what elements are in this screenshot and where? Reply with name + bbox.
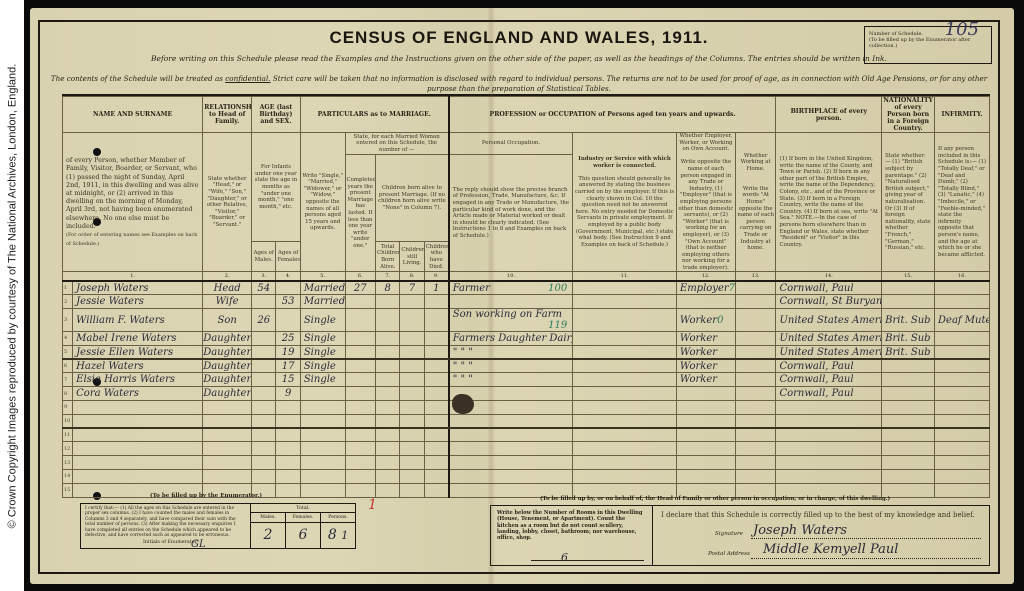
occupation-cell: " " " (449, 373, 573, 387)
working-at-home-cell (735, 428, 776, 442)
marital-status-cell (300, 442, 345, 456)
age-male-cell: 54 (252, 281, 276, 295)
occupation: " " " (453, 361, 473, 372)
birthplace-cell: United States America (776, 309, 882, 332)
marital-description: Write "Single," "Married," "Widower," or… (300, 133, 345, 272)
children-living-cell (400, 373, 424, 387)
nationality-cell (882, 456, 935, 470)
infirmity-cell (935, 387, 990, 401)
age-female-cell (276, 281, 300, 295)
employer-code: 0 (717, 315, 723, 326)
table-row: 1Joseph WatersHead54Married27871Farmer10… (63, 281, 990, 295)
age-female-cell (276, 442, 300, 456)
home-text: Write the words "At Home" opposite the n… (737, 186, 774, 251)
employer-status-cell (676, 295, 735, 309)
age-female: 9 (285, 388, 291, 399)
working-at-home-cell (735, 442, 776, 456)
industry-text: This question should generally be answer… (575, 176, 674, 248)
col-header-relationship: RELATIONSHIP to Head of Family. (203, 97, 252, 133)
children-died-cell (424, 295, 448, 309)
instructions-line: Before writing on this Schedule please r… (40, 54, 998, 63)
description-row: of every Person, whether Member of Famil… (63, 133, 990, 155)
col-header-infirmity: INFIRMITY. (935, 97, 990, 133)
employer-text: Write opposite the name of each person e… (678, 159, 733, 271)
relationship-cell (203, 414, 252, 428)
row-number-cell: 4 (63, 332, 73, 346)
relationship-cell (203, 470, 252, 484)
relationship-cell (203, 401, 252, 415)
infirmity-cell (935, 332, 990, 346)
row-number-cell: 1 (63, 281, 73, 295)
red-tally-mark: 1 (368, 497, 377, 513)
employer-status-cell (676, 401, 735, 415)
census-table: NAME AND SURNAME RELATIONSHIP to Head of… (62, 94, 990, 498)
married-woman-description: State, for each Married Woman entered on… (345, 133, 449, 155)
table-row: 6Hazel WatersDaughter17Single" " "Worker… (63, 359, 990, 373)
person-name: William F. Waters (76, 315, 164, 326)
infirmity-cell (935, 281, 990, 295)
row-number: 15 (64, 487, 70, 493)
occupation: " " " (453, 347, 473, 358)
row-number-cell: 5 (63, 345, 73, 359)
working-at-home-cell (735, 470, 776, 484)
years-married-cell (345, 345, 375, 359)
person-name-cell: Cora Waters (73, 387, 203, 401)
address-value: Middle Kemyell Paul (763, 542, 898, 557)
age-female-cell: 17 (276, 359, 300, 373)
marital-status-cell: Single (300, 373, 345, 387)
row-number-cell: 3 (63, 309, 73, 332)
row-number: 13 (64, 460, 70, 466)
confidential-word: confidential. (225, 74, 270, 83)
infirmity-cell (935, 401, 990, 415)
infirmity-cell (935, 373, 990, 387)
years-married-cell (345, 373, 375, 387)
marital-status-cell: Single (300, 309, 345, 332)
row-number-cell: 6 (63, 359, 73, 373)
age-male-cell (252, 387, 276, 401)
age-female-cell (276, 401, 300, 415)
birthplace: United States America (779, 347, 881, 358)
age-male-cell (252, 456, 276, 470)
marital-status-cell (300, 387, 345, 401)
relationship: Wife (216, 296, 239, 307)
children-died-cell (424, 373, 448, 387)
birthplace-cell: Cornwall, St Buryan (776, 295, 882, 309)
relationship: Daughter (203, 347, 251, 358)
years-married-description: Completed years the present Marriage has… (345, 155, 375, 272)
ink-blot (452, 394, 474, 414)
industry-cell (573, 373, 677, 387)
children-died-cell (424, 387, 448, 401)
employer-status-cell: Worker (676, 373, 735, 387)
employer-status-cell (676, 456, 735, 470)
birthplace: Cornwall, Paul (779, 374, 853, 385)
confidential-pre: The contents of the Schedule will be tre… (51, 74, 225, 83)
children-living-cell (400, 442, 424, 456)
employer-description: Whether Employer, Worker, or Working on … (676, 133, 735, 272)
birthplace: Cornwall, Paul (779, 361, 853, 372)
census-schedule: CENSUS OF ENGLAND AND WALES, 1911. Befor… (30, 8, 1014, 584)
infirmity-cell (935, 345, 990, 359)
industry-cell (573, 442, 677, 456)
industry-cell (573, 456, 677, 470)
household-note: (To be filled up by, or on behalf of, th… (540, 496, 890, 502)
age-male-cell (252, 428, 276, 442)
birthplace: Cornwall, Paul (779, 283, 853, 294)
nationality-cell (882, 442, 935, 456)
working-at-home-cell (735, 414, 776, 428)
age-female: 17 (282, 361, 295, 372)
marital-status: Married (304, 283, 345, 294)
enumerator-box: I certify that:— (1) All the ages on thi… (80, 503, 356, 549)
marital-status: Single (304, 347, 336, 358)
age-male-cell (252, 295, 276, 309)
occupation-cell (449, 456, 573, 470)
children-living-cell (400, 414, 424, 428)
col-number: 13. (735, 272, 776, 281)
marital-status-cell (300, 428, 345, 442)
col-number: 9. (424, 272, 448, 281)
col-number: 5. (300, 272, 345, 281)
birthplace-cell: Cornwall, Paul (776, 359, 882, 373)
persons-value: 8 (328, 527, 337, 543)
person-name-cell: Hazel Waters (73, 359, 203, 373)
birthplace-cell (776, 442, 882, 456)
occupation: Son working on Farm (453, 309, 562, 320)
col-number: 10. (449, 272, 573, 281)
person-name: Jessie Waters (76, 296, 144, 307)
person-rows: 1Joseph WatersHead54Married27871Farmer10… (63, 281, 990, 497)
infirmity-cell (935, 456, 990, 470)
industry-title: Industry or Service with which worker is… (578, 156, 671, 169)
years-married-cell (345, 442, 375, 456)
occupation-code: 119 (548, 320, 571, 331)
industry-cell (573, 359, 677, 373)
relationship: Daughter (203, 388, 251, 399)
page-title: CENSUS OF ENGLAND AND WALES, 1911. (40, 28, 998, 48)
signature-label: Signature (715, 531, 743, 537)
nationality-description: State whether:— (1) "British subject by … (882, 133, 935, 272)
enumerator-note: (To be filled up by the Enumerator.) (150, 493, 262, 499)
row-number-cell: 11 (63, 428, 73, 442)
infirmity-cell (935, 428, 990, 442)
relationship-description: State whether "Head," or "Wife," "Son," … (203, 133, 252, 272)
industry-cell (573, 401, 677, 415)
row-number-cell: 7 (63, 373, 73, 387)
marital-status-cell (300, 401, 345, 415)
employer-status: Worker (680, 361, 717, 372)
rooms-count: 6 (561, 555, 568, 561)
relationship-cell: Son (203, 309, 252, 332)
marital-status-cell: Married (300, 281, 345, 295)
nationality: Brit. Sub (885, 333, 930, 344)
males-total: 2 (251, 523, 285, 548)
infirmity: Deaf Mute (938, 315, 989, 326)
relationship-cell: Daughter (203, 373, 252, 387)
age-male-cell (252, 442, 276, 456)
confidential-post: Strict care will be taken that no inform… (271, 74, 988, 93)
confidentiality-notice: The contents of the Schedule will be tre… (44, 74, 994, 94)
person-name: Hazel Waters (76, 361, 143, 372)
age-male-cell (252, 373, 276, 387)
children-died-cell (424, 470, 448, 484)
person-name-cell: Elsie Harris Waters (73, 373, 203, 387)
children-living-label: Children still Living. (400, 242, 424, 272)
children-living-cell (400, 332, 424, 346)
employer-status-cell: Worker0 (676, 309, 735, 332)
person-name-cell (73, 442, 203, 456)
marital-status: Single (304, 333, 336, 344)
home-description: Whether Working at Home. Write the words… (735, 133, 776, 272)
declaration: I declare that this Schedule is correctl… (653, 506, 989, 565)
years-married-cell (345, 332, 375, 346)
working-at-home-cell (735, 387, 776, 401)
infirmity-description: If any person included in this Schedule … (935, 133, 990, 272)
col-header-marriage: PARTICULARS as to MARRIAGE. (300, 97, 448, 133)
children-total-cell (376, 345, 400, 359)
years-married: 27 (354, 283, 367, 294)
enumerator-certification: I certify that:— (1) All the ages on thi… (81, 504, 251, 548)
birthplace: United States America (779, 333, 881, 344)
children-living: 7 (409, 283, 415, 294)
working-at-home-cell (735, 295, 776, 309)
row-number: 11 (64, 432, 70, 438)
occupation-cell: Farmers Daughter Dairywork (449, 332, 573, 346)
children-died-cell (424, 483, 448, 497)
row-number: 14 (64, 473, 70, 479)
col-number: 2. (203, 272, 252, 281)
nationality-cell (882, 470, 935, 484)
row-number-cell: 8 (63, 387, 73, 401)
age-male: 54 (257, 283, 270, 294)
children-total-cell (376, 401, 400, 415)
personal-occupation-description: The reply should show the precise branch… (449, 155, 573, 272)
row-number: 8 (64, 391, 67, 397)
person-name-cell (73, 470, 203, 484)
schedule-number: 105 (945, 27, 979, 33)
marital-status: Single (304, 374, 336, 385)
children-total-label: Total Children Born Alive. (376, 242, 400, 272)
age-female-cell: 15 (276, 373, 300, 387)
initials-label: Initials of Enumerator (143, 540, 197, 545)
children-died-cell (424, 401, 448, 415)
marital-status: Married (304, 296, 345, 307)
children-died-cell (424, 345, 448, 359)
persons-total: 8 1 (321, 523, 355, 548)
industry-cell (573, 345, 677, 359)
working-at-home-cell (735, 332, 776, 346)
table-row: 2Jessie WatersWife53MarriedCornwall, St … (63, 295, 990, 309)
children-total-cell (376, 470, 400, 484)
table-row: 8Cora WatersDaughter9Cornwall, Paul (63, 387, 990, 401)
employer-status-cell: Employer7 (676, 281, 735, 295)
age-female: 15 (282, 374, 295, 385)
rooms-text: Write below the Number of Rooms in this … (497, 510, 642, 541)
employer-status: Employer (680, 283, 729, 294)
row-number: 4 (64, 335, 67, 341)
occupation-cell (449, 442, 573, 456)
infirmity-cell (935, 470, 990, 484)
col-header-nationality: NATIONALITY of every Person born in a Fo… (882, 97, 935, 133)
totals-label: Total. (251, 504, 355, 513)
birthplace: Cornwall, St Buryan (779, 296, 881, 307)
males-label: Males. (251, 513, 285, 523)
working-at-home-cell (735, 401, 776, 415)
name-desc-text: of every Person, whether Member of Famil… (66, 156, 199, 230)
row-number: 3 (64, 317, 67, 323)
age-female-cell (276, 414, 300, 428)
col-header-profession: PROFESSION or OCCUPATION of Persons aged… (449, 97, 776, 133)
occupation-cell (449, 295, 573, 309)
birthplace-description: (1) If born in the United Kingdom, write… (776, 133, 882, 272)
occupation: " " " (453, 374, 473, 385)
row-number: 9 (64, 404, 67, 410)
occupation-cell: Farmer100 (449, 281, 573, 295)
working-at-home-cell (735, 456, 776, 470)
industry-cell (573, 428, 677, 442)
relationship-cell: Daughter (203, 359, 252, 373)
name-description: of every Person, whether Member of Famil… (63, 133, 203, 272)
address-label: Postal Address (708, 551, 750, 557)
relationship: Daughter (203, 374, 251, 385)
col-number: 3. (252, 272, 276, 281)
employer-status-cell (676, 387, 735, 401)
employer-status-cell (676, 414, 735, 428)
totals-box: Total. Males.2 Females.6 Persons.8 1 (251, 504, 355, 548)
nationality-cell (882, 373, 935, 387)
age-male-cell (252, 359, 276, 373)
rooms-instructions: Write below the Number of Rooms in this … (491, 506, 653, 565)
copyright-strip: © Crown Copyright Images reproduced by c… (0, 0, 24, 591)
col-number: 8. (400, 272, 424, 281)
person-name-cell: William F. Waters (73, 309, 203, 332)
years-married-cell (345, 295, 375, 309)
years-married-cell (345, 470, 375, 484)
relationship: Daughter (203, 361, 251, 372)
employer-title: Whether Employer, Worker, or Working on … (679, 133, 732, 152)
children-died-cell (424, 359, 448, 373)
relationship-cell: Head (203, 281, 252, 295)
children-total-cell (376, 442, 400, 456)
children-living-cell (400, 456, 424, 470)
age-male-cell (252, 345, 276, 359)
children-died-cell (424, 309, 448, 332)
certify-text: I certify that:— (1) All the ages on thi… (85, 506, 236, 538)
person-name-cell (73, 401, 203, 415)
marital-status-cell (300, 470, 345, 484)
table-row: 7Elsie Harris WatersDaughter15Single" " … (63, 373, 990, 387)
col-number: 4. (276, 272, 300, 281)
row-number-cell: 12 (63, 442, 73, 456)
working-at-home-cell (735, 345, 776, 359)
col-number: 7. (376, 272, 400, 281)
employer-status-cell (676, 470, 735, 484)
person-name-cell: Mabel Irene Waters (73, 332, 203, 346)
nationality-cell: Brit. Sub (882, 332, 935, 346)
employer-status: Worker (680, 315, 717, 326)
relationship-cell (203, 442, 252, 456)
birthplace: United States America (779, 315, 881, 326)
address-line (751, 558, 981, 559)
children-died-cell: 1 (424, 281, 448, 295)
signature-value: Joseph Waters (753, 523, 847, 538)
row-number-cell: 10 (63, 414, 73, 428)
children-died-cell (424, 456, 448, 470)
declaration-text: I declare that this Schedule is correctl… (661, 511, 975, 519)
children-died-cell (424, 414, 448, 428)
age-female-cell (276, 309, 300, 332)
working-at-home-cell (735, 309, 776, 332)
table-row: 14 (63, 470, 990, 484)
persons-label: Persons. (321, 513, 355, 523)
children-living-cell (400, 387, 424, 401)
birthplace-cell (776, 401, 882, 415)
person-name: Joseph Waters (76, 283, 148, 294)
industry-cell (573, 470, 677, 484)
row-number: 10 (64, 418, 70, 424)
table-row: 3William F. WatersSon26SingleSon working… (63, 309, 990, 332)
children-total-cell (376, 428, 400, 442)
nationality-cell (882, 295, 935, 309)
person-name-cell: Jessie Waters (73, 295, 203, 309)
age-female-cell (276, 470, 300, 484)
children-total-cell (376, 309, 400, 332)
age-female-cell: 53 (276, 295, 300, 309)
col-number: 6. (345, 272, 375, 281)
table-row: 9 (63, 401, 990, 415)
age-male: 26 (257, 315, 270, 326)
col-number: 15. (882, 272, 935, 281)
occupation-cell: " " " (449, 345, 573, 359)
children-total: 8 (385, 283, 391, 294)
industry-cell (573, 281, 677, 295)
occupation-cell (449, 414, 573, 428)
males-age-label: Ages of Males. (252, 242, 276, 272)
children-living-cell (400, 345, 424, 359)
marital-status-cell: Single (300, 359, 345, 373)
age-female-cell: 9 (276, 387, 300, 401)
marital-status-cell (300, 414, 345, 428)
industry-description: Industry or Service with which worker is… (573, 133, 677, 272)
relationship-cell (203, 456, 252, 470)
col-number: 14. (776, 272, 882, 281)
nationality-cell (882, 414, 935, 428)
occupation-cell: " " " (449, 359, 573, 373)
marital-status-cell (300, 456, 345, 470)
nationality: Brit. Sub (885, 315, 930, 326)
age-female-cell: 19 (276, 345, 300, 359)
schedule-number-box: Number of Schedule. (To be filled up by … (864, 26, 992, 64)
row-number: 5 (64, 349, 67, 355)
relationship-cell: Daughter (203, 332, 252, 346)
personal-occupation-header: Personal Occupation. (449, 133, 573, 155)
infirmity-cell (935, 295, 990, 309)
children-died-cell (424, 332, 448, 346)
birthplace-cell: Cornwall, Paul (776, 373, 882, 387)
table-row: 5Jessie Ellen WatersDaughter19Single" " … (63, 345, 990, 359)
name-desc-note: (For order of entering names see Example… (66, 232, 197, 247)
children-total-cell (376, 456, 400, 470)
row-number: 2 (64, 299, 67, 305)
rooms-line (531, 560, 644, 561)
children-living-cell (400, 483, 424, 497)
marital-status-cell: Married (300, 295, 345, 309)
person-name: Mabel Irene Waters (76, 333, 176, 344)
children-total-cell (376, 332, 400, 346)
occupation-cell (449, 470, 573, 484)
children-died-cell (424, 428, 448, 442)
